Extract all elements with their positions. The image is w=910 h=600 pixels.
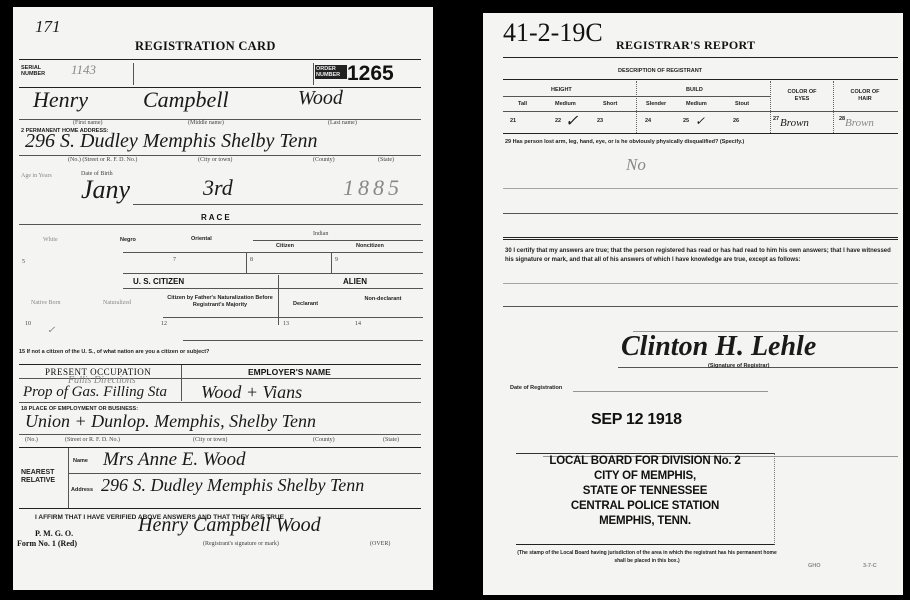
alien-title: ALIEN [343, 277, 367, 286]
row-num-27: 27 [773, 116, 779, 122]
middle-name: Campbell [143, 87, 229, 113]
build-stout: Stout [735, 101, 749, 107]
dob-month: Jany [81, 175, 130, 205]
answer-29: No [626, 155, 646, 175]
build-medium: Medium [686, 101, 707, 107]
corner-number: 171 [35, 17, 61, 37]
serial-number-value: 1143 [71, 62, 96, 78]
alien-declarant: Declarant [293, 301, 318, 307]
build-slender: Slender [646, 101, 666, 107]
height-short: Short [603, 101, 617, 107]
employer-name-label: EMPLOYER'S NAME [248, 367, 331, 377]
occupation-value: Prop of Gas. Filling Sta [23, 384, 167, 401]
citizen-by-father: Citizen by Father's Naturalization Befor… [161, 295, 279, 309]
date-of-registration-label: Date of Registration [510, 385, 562, 391]
height-header: HEIGHT [551, 87, 572, 93]
citizen-num-13: 13 [283, 321, 289, 327]
dob-day: 3rd [203, 175, 233, 201]
race-indian: Indian [313, 231, 328, 237]
registrant-signature: Henry Campbell Wood [138, 514, 321, 537]
stamp-number: 41-2-19C [503, 18, 603, 48]
race-negro: Negro [120, 237, 136, 243]
registration-card: 171 REGISTRATION CARD SERIAL NUMBER 1143… [13, 7, 433, 590]
eye-color-value: Brown [780, 117, 809, 129]
footer-mark-1: GHO [808, 563, 821, 569]
relative-name-value: Mrs Anne E. Wood [103, 449, 246, 471]
registrars-report-card: 41-2-19C REGISTRAR'S REPORT DESCRIPTION … [483, 13, 903, 595]
relative-address-value: 296 S. Dudley Memphis Shelby Tenn [101, 475, 364, 496]
stamp-line-5: MEMPHIS, TENN. [516, 514, 774, 529]
first-name: Henry [33, 87, 88, 113]
relative-name-label: Name [73, 458, 88, 464]
hair-color-value: Brown [845, 117, 874, 129]
question-29: 29 Has person lost arm, leg, hand, eye, … [505, 138, 895, 146]
stamp-note: (The stamp of the Local Board having jur… [513, 549, 781, 565]
build-header: BUILD [686, 87, 703, 93]
place-caption-city: (City or town) [193, 437, 227, 443]
address-caption-city: (City or town) [198, 157, 232, 163]
employer-value: Wood + Vians [201, 382, 302, 403]
height-medium: Medium [555, 101, 576, 107]
hair-color-header: COLOR OF HAIR [845, 89, 885, 103]
citizen-num-14: 14 [355, 321, 361, 327]
registrar-signature-caption: (Signature of Registrar) [708, 363, 769, 369]
stamp-line-1: LOCAL BOARD FOR DIVISION No. 2 [516, 454, 774, 469]
row-num-23: 23 [597, 118, 603, 124]
report-title: REGISTRAR'S REPORT [616, 38, 755, 53]
order-number-value: 1265 [347, 62, 394, 86]
us-citizen-title: U. S. CITIZEN [133, 277, 184, 286]
place-caption-street: (Street or R. F. D. No.) [65, 437, 120, 443]
card-title: REGISTRATION CARD [135, 39, 276, 54]
alien-non-declarant: Non-declarant [363, 296, 403, 303]
race-num-8: 8 [250, 257, 253, 263]
certification-30: 30 I certify that my answers are true; t… [505, 247, 897, 265]
address-caption-street: (No.) (Street or R. F. D. No.) [68, 157, 137, 163]
registrar-signature: Clinton H. Lehle [621, 331, 816, 363]
race-num-5: 5 [22, 259, 25, 265]
stamp-line-4: CENTRAL POLICE STATION [516, 499, 774, 514]
height-checkmark: ✓ [565, 111, 578, 131]
subject-question: 15 If not a citizen of the U. S., of wha… [19, 348, 279, 356]
citizen-num-10: 10 [25, 321, 31, 327]
race-title: RACE [201, 213, 232, 222]
row-num-24: 24 [645, 118, 651, 124]
age-label: Age in Years [21, 173, 52, 179]
signature-caption: (Registrant's signature or mark) [203, 541, 279, 547]
race-num-9: 9 [335, 257, 338, 263]
form-number: Form No. 1 (Red) [17, 539, 77, 548]
order-number-label: ORDER NUMBER [315, 65, 347, 79]
citizen-checkmark: ✓ [47, 325, 55, 336]
row-num-21: 21 [510, 118, 516, 124]
nearest-relative-label: NEAREST RELATIVE [21, 469, 65, 485]
row-num-22: 22 [555, 118, 561, 124]
place-caption-state: (State) [383, 437, 399, 443]
last-name-caption: (Last name) [328, 120, 357, 126]
over-label: (OVER) [370, 541, 390, 547]
serial-number-label: SERIAL NUMBER [21, 65, 51, 77]
date-of-registration-value: SEP 12 1918 [591, 411, 682, 429]
citizen-naturalized: Naturalized [103, 300, 131, 306]
stamp-line-2: CITY OF MEMPHIS, [516, 469, 774, 484]
build-checkmark: ✓ [695, 114, 705, 129]
stamp-line-3: STATE OF TENNESSEE [516, 484, 774, 499]
place-of-employment-value: Union + Dunlop. Memphis, Shelby Tenn [25, 411, 316, 432]
race-white: White [43, 237, 58, 243]
footer-mark-2: 3-7-C [863, 563, 877, 569]
race-indian-noncitizen: Noncitizen [356, 243, 384, 249]
relative-address-label: Address [71, 487, 93, 493]
last-name: Wood [298, 87, 343, 110]
permanent-address-value: 296 S. Dudley Memphis Shelby Tenn [25, 130, 318, 153]
middle-name-caption: (Middle name) [188, 120, 224, 126]
first-name-caption: (First name) [73, 120, 103, 126]
height-tall: Tall [518, 101, 527, 107]
address-caption-state: (State) [378, 157, 394, 163]
race-indian-citizen: Citizen [276, 243, 294, 249]
dob-year: 1885 [343, 175, 403, 201]
place-caption-county: (County) [313, 437, 335, 443]
address-caption-county: (County) [313, 157, 335, 163]
place-caption-no: (No.) [25, 437, 38, 443]
eye-color-header: COLOR OF EYES [783, 89, 821, 103]
local-board-stamp: LOCAL BOARD FOR DIVISION No. 2 CITY OF M… [516, 453, 775, 545]
citizen-native-born: Native Born [31, 300, 61, 306]
race-num-7: 7 [173, 257, 176, 263]
row-num-26: 26 [733, 118, 739, 124]
race-oriental: Oriental [191, 236, 212, 242]
description-title: DESCRIPTION OF REGISTRANT [618, 68, 702, 74]
form-office: P. M. G. O. [35, 529, 73, 538]
row-num-25: 25 [683, 118, 689, 124]
citizen-num-12: 12 [161, 321, 167, 327]
